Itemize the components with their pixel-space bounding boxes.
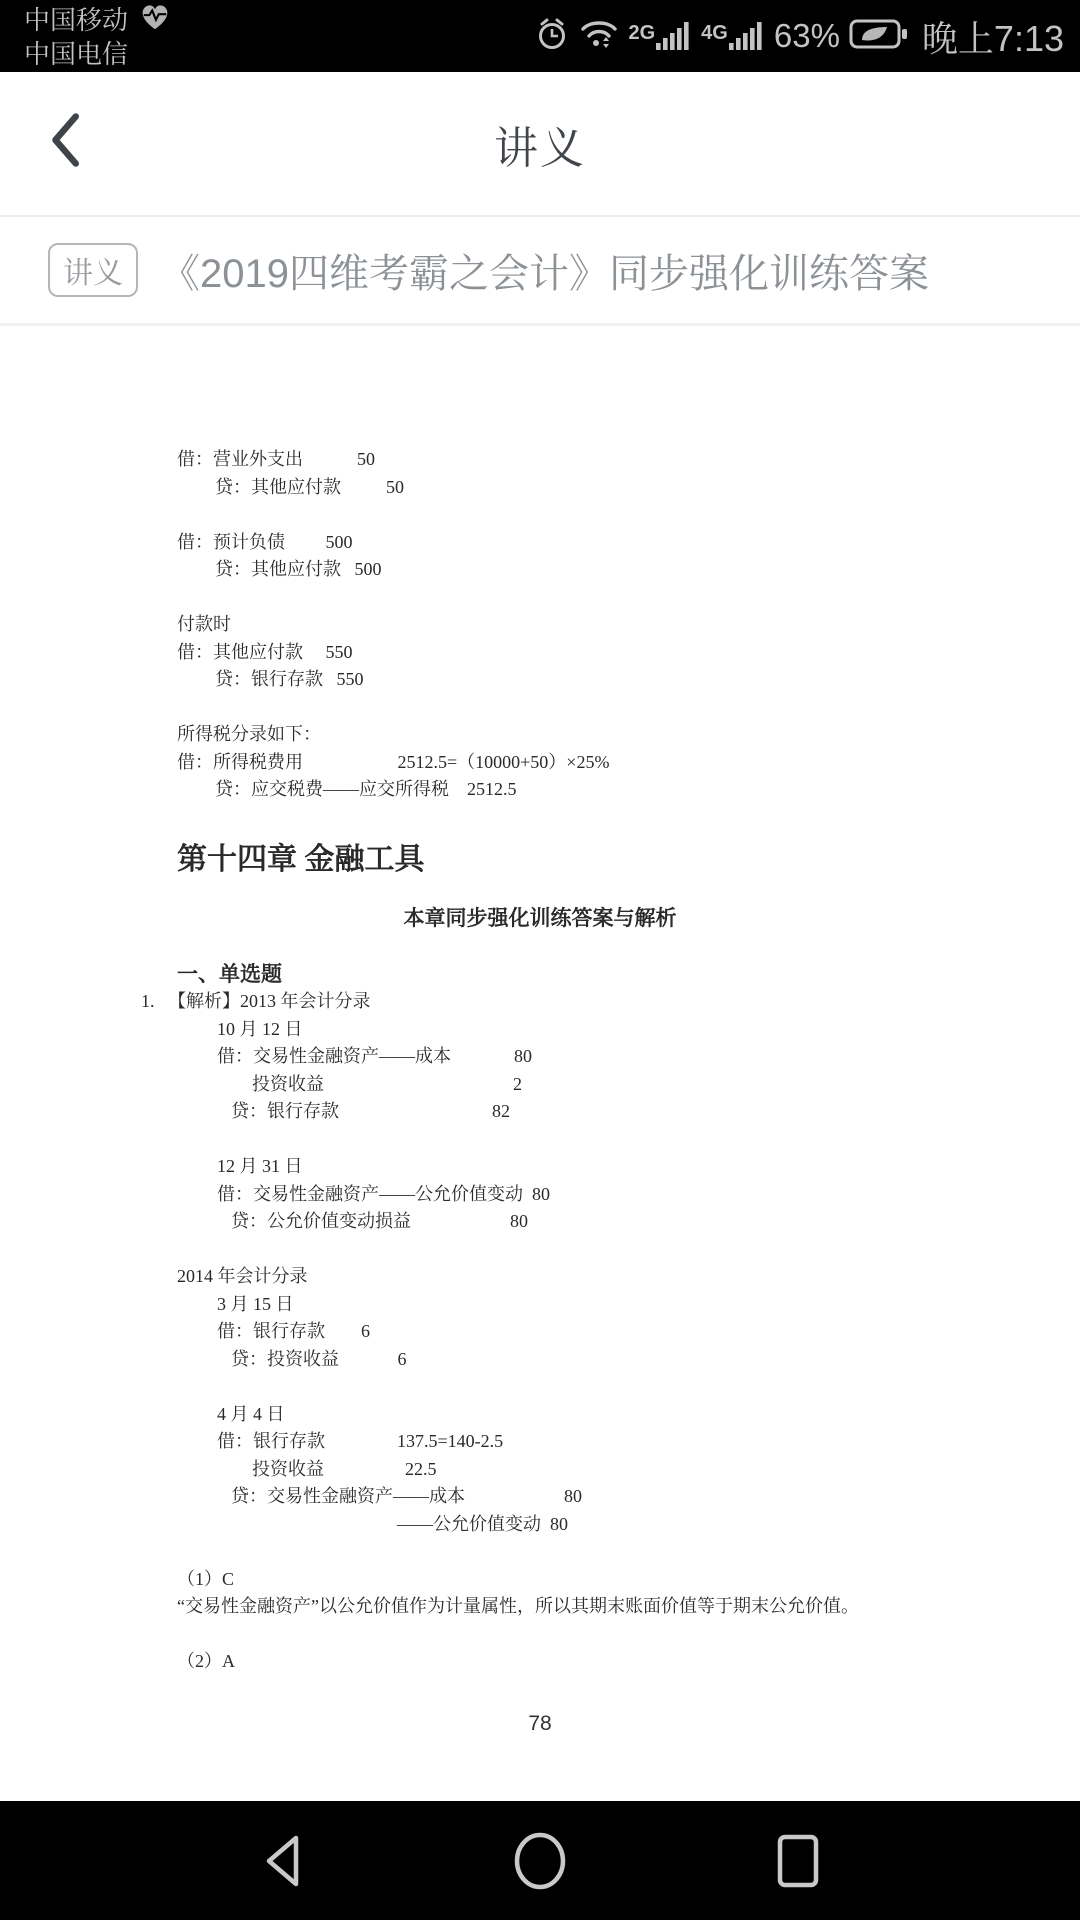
status-icons: 2G 4G	[534, 11, 1080, 62]
doc-line: 贷：应交税费——应交所得税 2512.5	[215, 776, 1040, 804]
nav-home-button[interactable]	[504, 1826, 576, 1898]
carrier-name-2: 中国电信	[24, 39, 128, 69]
doc-line: 借：营业外支出 50	[177, 446, 1040, 474]
doc-line: “交易性金融资产”以公允价值作为计量属性，所以其期末账面价值等于期末公允价值。	[177, 1593, 1040, 1621]
doc-line: 付款时	[177, 611, 1040, 639]
doc-title: 《2019四维考霸之会计》同步强化训练答案	[160, 242, 929, 299]
doc-line: 10 月 12 日	[217, 1016, 1040, 1044]
doc-line: 所得税分录如下：	[177, 721, 1040, 749]
doc-line-gap	[141, 1126, 1040, 1154]
signal-bars-4g-icon	[729, 18, 765, 55]
doc-line: 贷：交易性金融资产——成本 80	[231, 1483, 1040, 1511]
doc-line: （1）C	[177, 1566, 1040, 1594]
doc-line-gap	[141, 1538, 1040, 1566]
doc-line: 贷：投资收益 6	[231, 1346, 1040, 1374]
document-title-bar: 讲义 《2019四维考霸之会计》同步强化训练答案	[0, 217, 1080, 326]
status-bar: 中国移动 中国电信	[0, 0, 1080, 72]
app-header: 讲义	[0, 72, 1080, 217]
doc-line-gap	[141, 1236, 1040, 1264]
carrier-name-1: 中国移动	[24, 5, 128, 36]
doc-type-badge: 讲义	[48, 243, 138, 297]
doc-line-gap	[141, 584, 1040, 612]
doc-line-gap	[141, 1373, 1040, 1401]
doc-line: 借：交易性金融资产——成本 80	[217, 1043, 1040, 1071]
back-chevron-icon	[43, 110, 85, 173]
doc-line: 贷：其他应付款 500	[215, 556, 1040, 584]
signal-2g: 2G	[628, 18, 692, 55]
doc-line: 第十四章 金融工具	[177, 839, 1040, 881]
alarm-icon	[534, 16, 570, 57]
back-button[interactable]	[24, 96, 104, 186]
doc-line: （2）A	[177, 1648, 1040, 1676]
network-type-2g: 2G	[628, 22, 655, 45]
doc-line: 投资收益 22.5	[252, 1456, 1040, 1484]
doc-line: 借：所得税费用 2512.5=（10000+50）×25%	[177, 749, 1040, 777]
document-page: 借：营业外支出 50贷：其他应付款 50借：预计负债 500贷：其他应付款 50…	[141, 446, 1040, 1676]
doc-line: 贷：其他应付款 50	[215, 474, 1040, 502]
document-viewer[interactable]: 借：营业外支出 50贷：其他应付款 50借：预计负债 500贷：其他应付款 50…	[0, 326, 1080, 1801]
doc-line: 12 月 31 日	[217, 1153, 1040, 1181]
doc-line: 借：银行存款 137.5=140-2.5	[217, 1428, 1040, 1456]
phone-screen: 中国移动 中国电信	[0, 0, 1080, 1920]
doc-line: 投资收益 2	[252, 1071, 1040, 1099]
doc-line-gap	[141, 804, 1040, 832]
doc-line: 一、单选题	[177, 961, 1040, 989]
page-number: 78	[0, 1712, 1080, 1736]
doc-line-gap	[141, 694, 1040, 722]
nav-back-button[interactable]	[246, 1826, 318, 1898]
carrier-block: 中国移动 中国电信	[0, 2, 172, 70]
signal-bars-2g-icon	[656, 18, 692, 55]
doc-line-gap	[141, 1621, 1040, 1649]
battery-percent: 63%	[774, 17, 840, 55]
nav-recents-button[interactable]	[762, 1826, 834, 1898]
doc-line: 贷：银行存款 550	[215, 666, 1040, 694]
android-nav-bar	[0, 1801, 1080, 1920]
doc-line: 2014 年会计分录	[177, 1263, 1040, 1291]
nav-recents-square-icon	[772, 1831, 824, 1894]
wifi-icon	[579, 17, 619, 56]
doc-line: 3 月 15 日	[217, 1291, 1040, 1319]
doc-line-gap	[141, 501, 1040, 529]
heart-pulse-icon	[138, 2, 172, 39]
doc-line: 1. 【解析】2013 年会计分录	[141, 988, 1040, 1016]
doc-line: 借：预计负债 500	[177, 529, 1040, 557]
clock-time: 晚上7:13	[922, 11, 1064, 62]
page-title: 讲义	[494, 112, 586, 176]
doc-line: 本章同步强化训练答案与解析	[0, 905, 1080, 933]
network-type-4g: 4G	[701, 22, 728, 45]
doc-line: 4 月 4 日	[217, 1401, 1040, 1429]
doc-line: ——公允价值变动 80	[397, 1511, 1040, 1539]
battery-leaf-icon	[849, 17, 909, 56]
doc-line: 借：银行存款 6	[217, 1318, 1040, 1346]
signal-4g: 4G	[701, 18, 765, 55]
doc-line: 借：其他应付款 550	[177, 639, 1040, 667]
doc-line: 贷：公允价值变动损益 80	[231, 1208, 1040, 1236]
nav-back-triangle-icon	[256, 1831, 308, 1894]
doc-line: 贷：银行存款 82	[231, 1098, 1040, 1126]
doc-line: 借：交易性金融资产——公允价值变动 80	[217, 1181, 1040, 1209]
nav-home-circle-icon	[510, 1829, 570, 1896]
